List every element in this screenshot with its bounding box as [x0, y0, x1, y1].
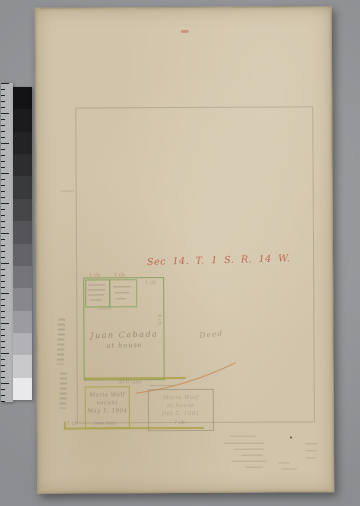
calculation-note: [305, 450, 317, 451]
calculation-note: [305, 443, 317, 444]
calibration-ruler: [1, 83, 13, 402]
calculation-note: [241, 455, 263, 456]
grayscale-step-wedge: [13, 87, 32, 400]
calculation-note: [306, 457, 316, 458]
margin-note-vertical: [57, 319, 65, 365]
margin-note-vertical: [59, 373, 67, 409]
calculation-note: [278, 462, 290, 463]
red-ink-smudge: [181, 30, 189, 33]
orange-ink-curve: [36, 7, 334, 493]
map-sheet: Sec 14. T. 1 S. R. 14 W. 1 ch 1 ch 1 ch …: [35, 6, 335, 494]
calculation-note: [281, 468, 297, 469]
calculation-note: [224, 443, 264, 444]
calculation-note: [234, 449, 264, 450]
calculation-note: [230, 436, 256, 437]
scanned-map-photo: Sec 14. T. 1 S. R. 14 W. 1 ch 1 ch 1 ch …: [0, 0, 360, 506]
pencil-dot: [290, 436, 292, 438]
calculation-note: [245, 467, 263, 468]
calculation-note: [231, 461, 267, 462]
